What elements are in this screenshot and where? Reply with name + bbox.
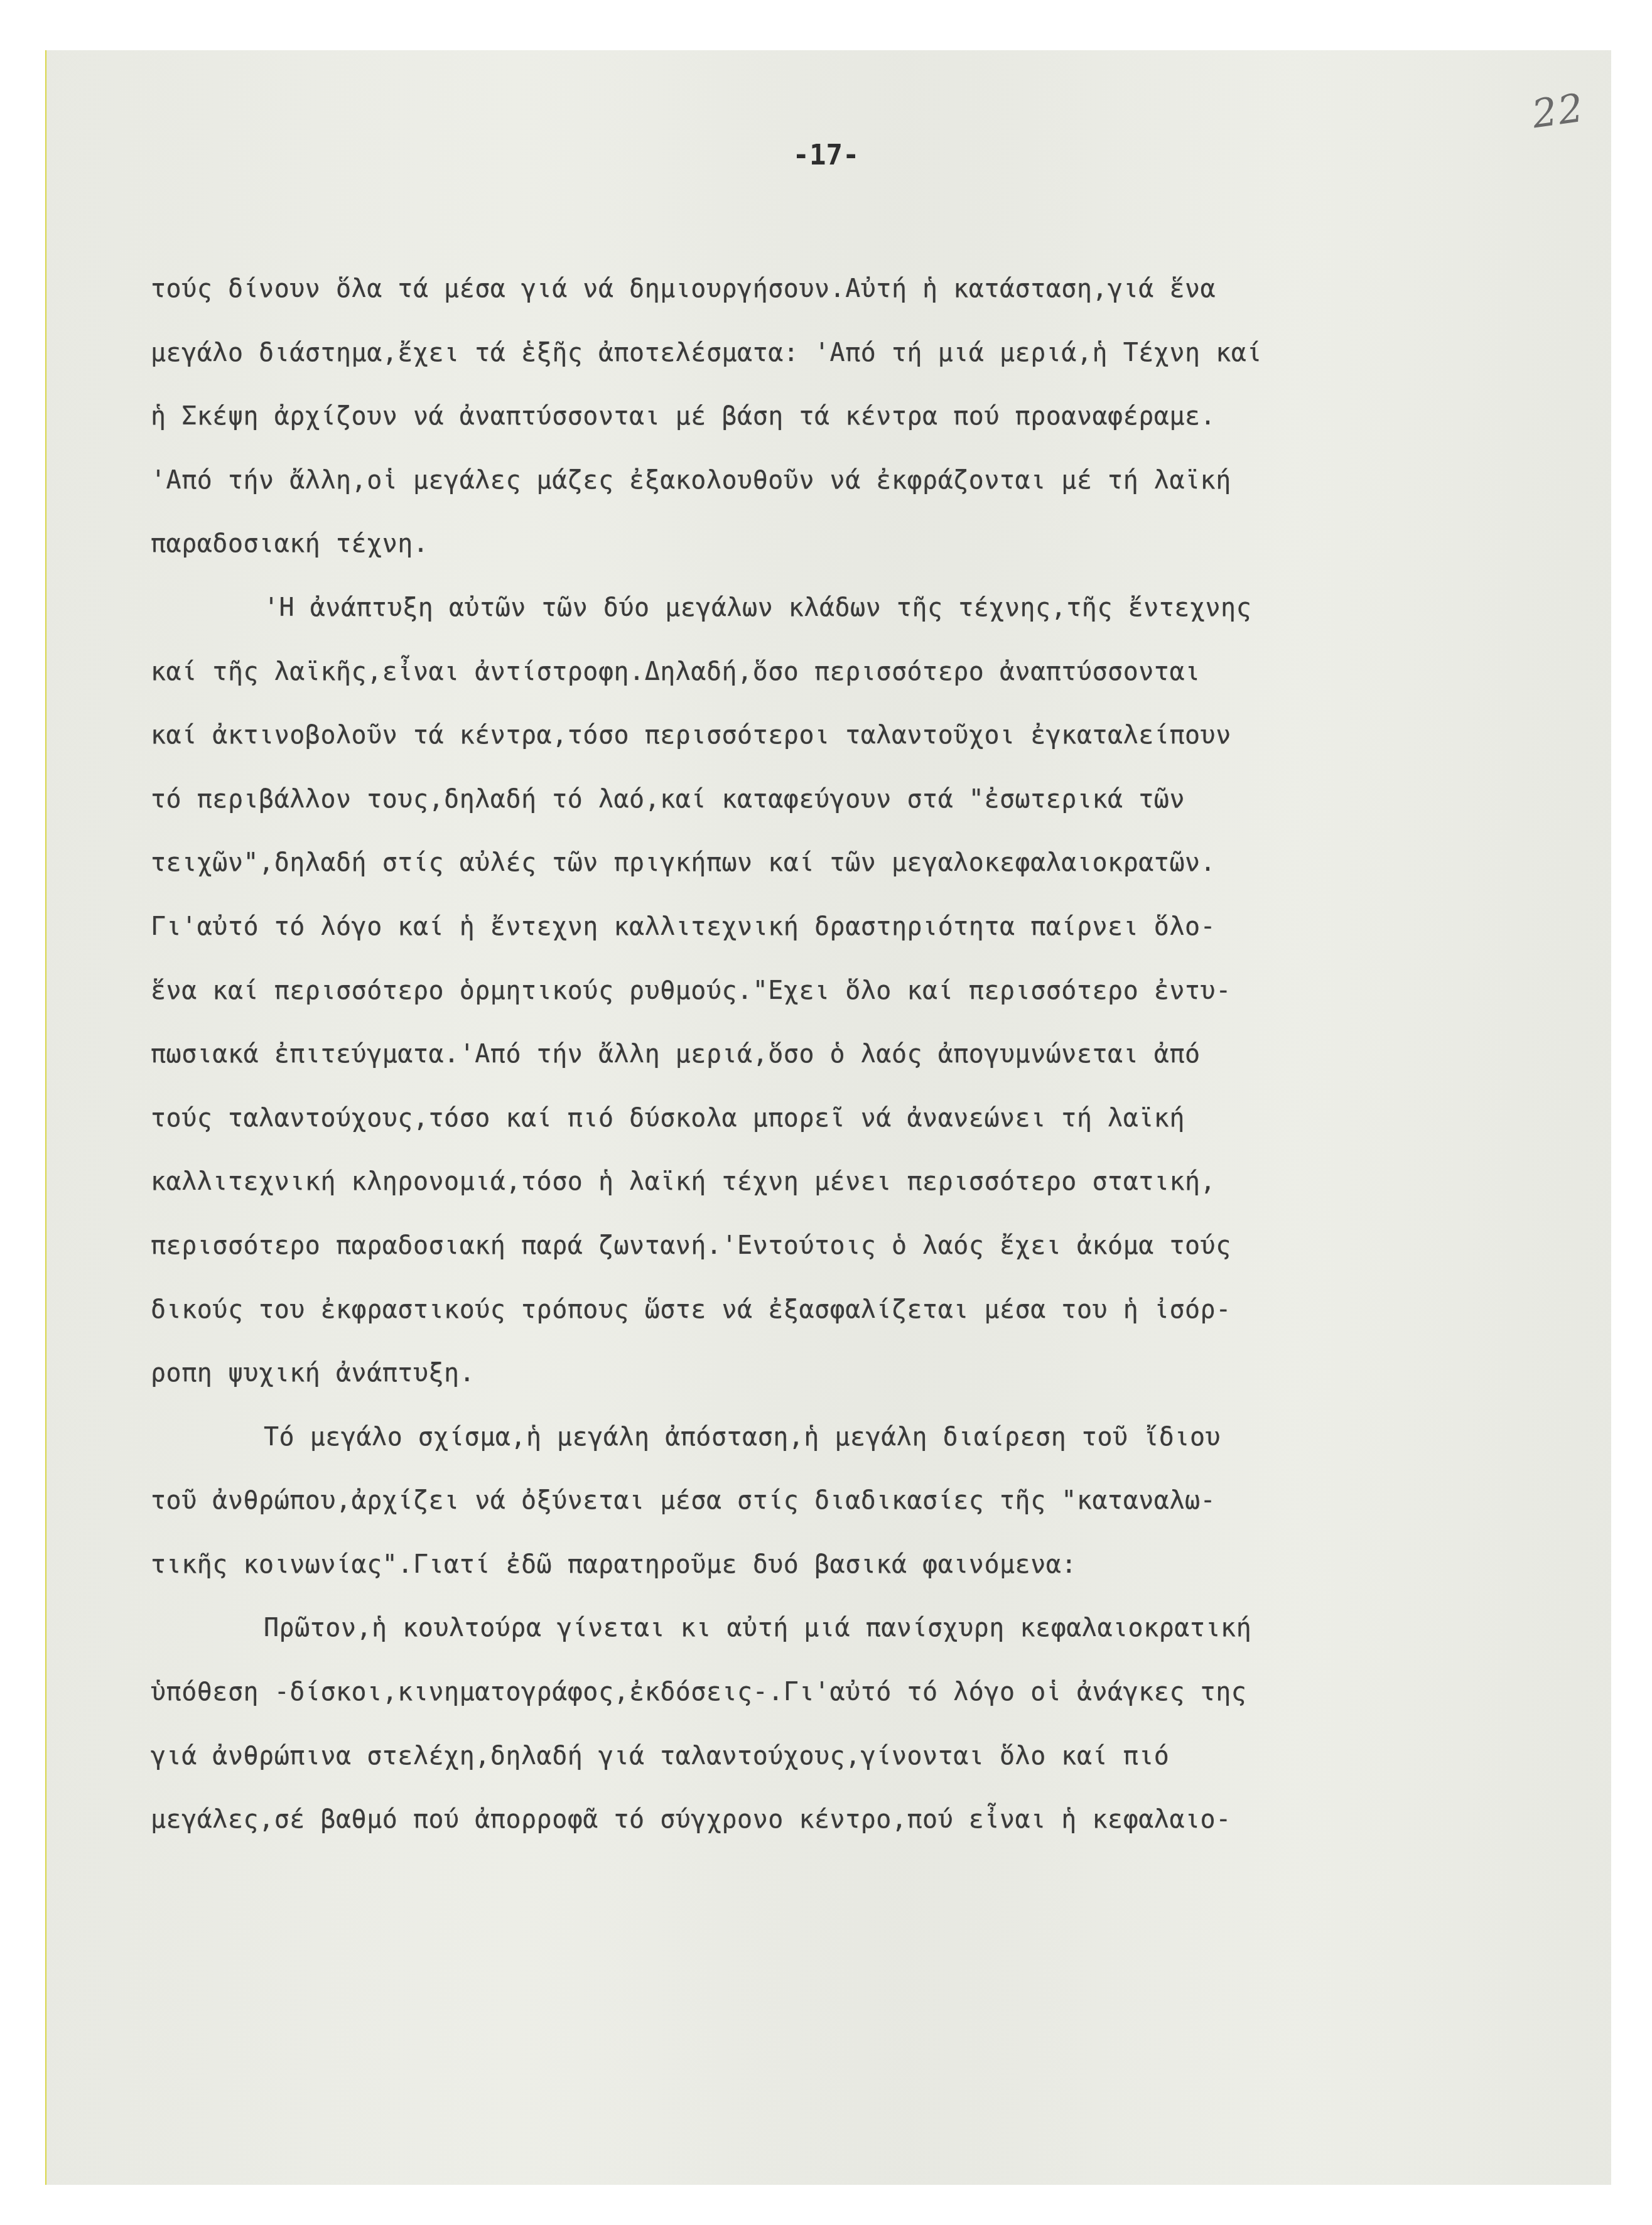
paragraph-start-line: Τό μεγάλο σχίσμα,ἡ μεγάλη ἀπόσταση,ἡ μεγ…: [151, 1406, 1532, 1470]
text-line: γιά ἀνθρώπινα στελέχη,δηλαδή γιά ταλαντο…: [151, 1725, 1532, 1789]
paragraph-start-line: 'Η ἀνάπτυξη αὐτῶν τῶν δύο μεγάλων κλάδων…: [151, 576, 1532, 640]
text-line: τικῆς κοινωνίας".Γιατί ἐδῶ παρατηροῦμε δ…: [151, 1533, 1532, 1597]
text-line: καί ἀκτινοβολοῦν τά κέντρα,τόσο περισσότ…: [151, 704, 1532, 768]
text-line: τειχῶν",δηλαδή στίς αὐλές τῶν πριγκήπων …: [151, 831, 1532, 895]
page-number: -17-: [0, 139, 1652, 171]
text-line: καί τῆς λαϊκῆς,εἶναι ἀντίστροφη.Δηλαδή,ὅ…: [151, 640, 1532, 704]
text-line: τοῦ ἀνθρώπου,ἀρχίζει νά ὀξύνεται μέσα στ…: [151, 1469, 1532, 1533]
text-line: ὑπόθεση -δίσκοι,κινηματογράφος,ἐκδόσεις-…: [151, 1661, 1532, 1725]
text-line: πωσιακά ἐπιτεύγματα.'Από τήν ἄλλη μεριά,…: [151, 1023, 1532, 1087]
text-line: παραδοσιακή τέχνη.: [151, 512, 1532, 576]
text-line: μεγάλες,σέ βαθμό πού ἀπορροφᾶ τό σύγχρον…: [151, 1788, 1532, 1852]
text-line: ἕνα καί περισσότερο ὁρμητικούς ρυθμούς."…: [151, 959, 1532, 1023]
text-line: δικούς του ἐκφραστικούς τρόπους ὥστε νά …: [151, 1278, 1532, 1342]
text-line: 'Από τήν ἄλλη,οἱ μεγάλες μάζες ἐξακολουθ…: [151, 449, 1532, 513]
text-line: τούς δίνουν ὅλα τά μέσα γιά νά δημιουργή…: [151, 257, 1532, 321]
text-line: ροπη ψυχική ἀνάπτυξη.: [151, 1342, 1532, 1406]
text-line: περισσότερο παραδοσιακή παρά ζωντανή.'Εν…: [151, 1214, 1532, 1278]
text-line: τό περιβάλλον τους,δηλαδή τό λαό,καί κατ…: [151, 768, 1532, 832]
body-text: τούς δίνουν ὅλα τά μέσα γιά νά δημιουργή…: [151, 257, 1532, 1852]
text-line: ἡ Σκέψη ἀρχίζουν νά ἀναπτύσσονται μέ βάσ…: [151, 385, 1532, 449]
text-line: καλλιτεχνική κληρονομιά,τόσο ἡ λαϊκή τέχ…: [151, 1150, 1532, 1214]
text-line: μεγάλο διάστημα,ἔχει τά ἑξῆς ἀποτελέσματ…: [151, 321, 1532, 385]
archive-number-annotation: 22: [1529, 85, 1587, 137]
paragraph-start-line: Πρῶτον,ἡ κουλτούρα γίνεται κι αὐτή μιά π…: [151, 1597, 1532, 1661]
text-line: Γι'αὐτό τό λόγο καί ἡ ἔντεχνη καλλιτεχνι…: [151, 895, 1532, 959]
text-line: τούς ταλαντούχους,τόσο καί πιό δύσκολα μ…: [151, 1087, 1532, 1151]
